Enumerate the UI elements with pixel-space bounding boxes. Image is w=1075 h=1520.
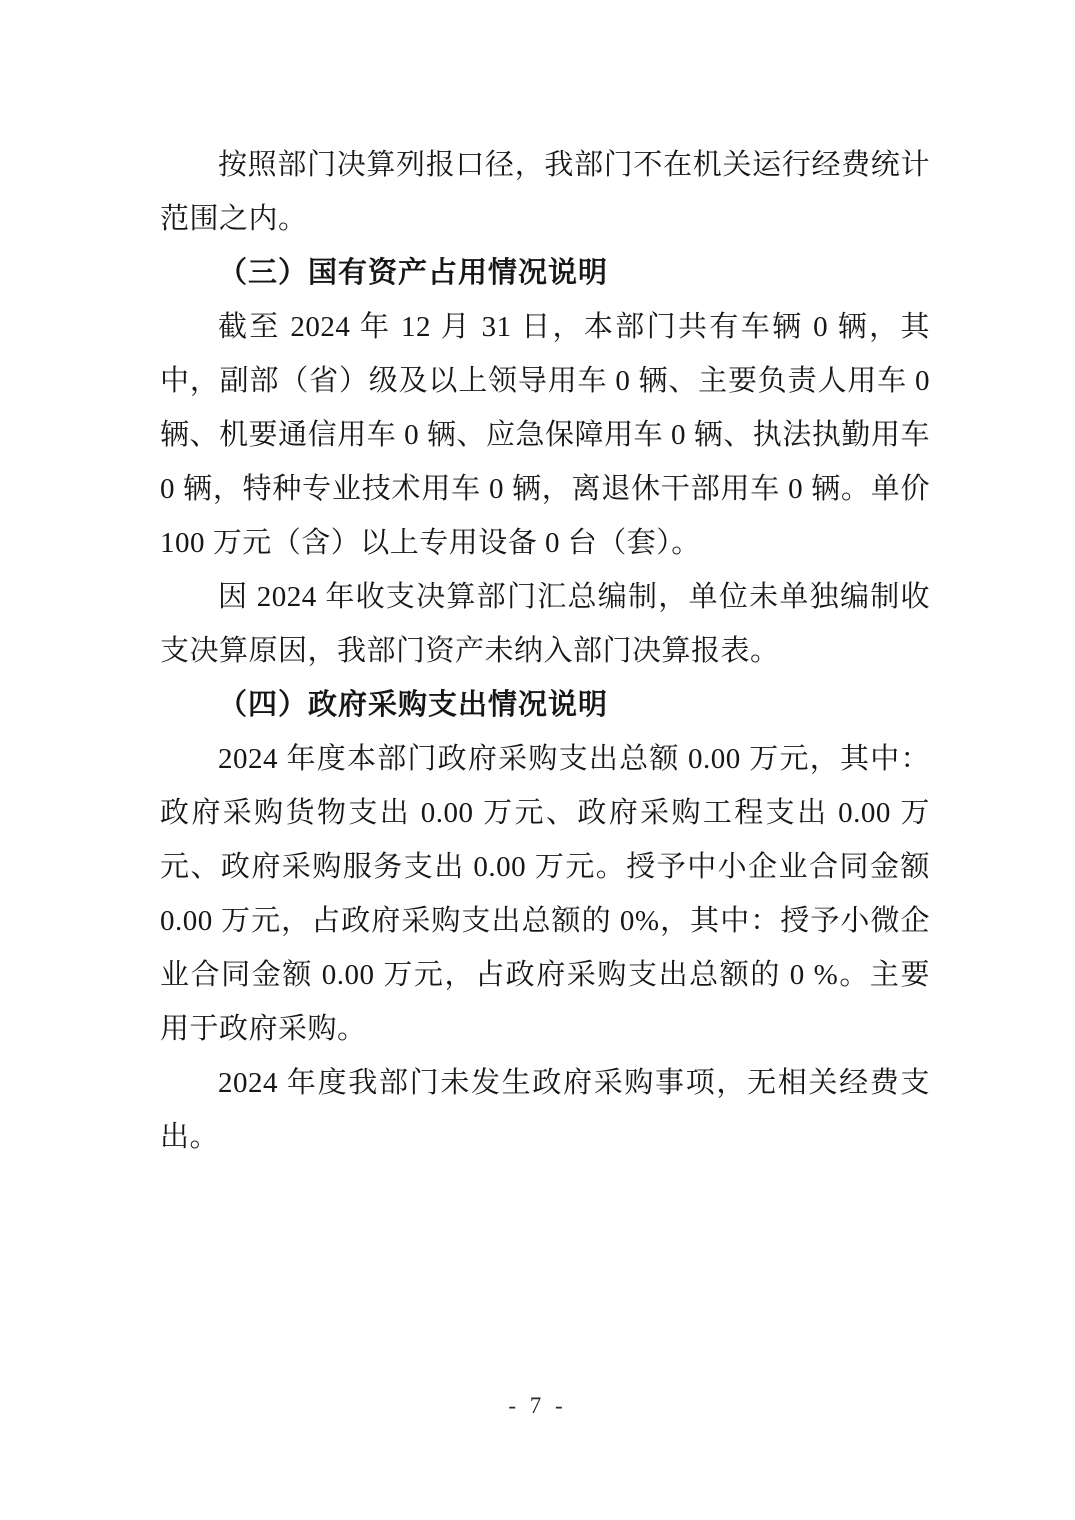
paragraph-assets-not-included: 因 2024 年收支决算部门汇总编制，单位未单独编制收支决算原因，我部门资产未纳… bbox=[160, 570, 930, 678]
paragraph-vehicle-assets: 截至 2024 年 12 月 31 日，本部门共有车辆 0 辆，其中，副部（省）… bbox=[160, 300, 930, 570]
page-number: - 7 - bbox=[0, 1393, 1075, 1419]
paragraph-org-expense-scope: 按照部门决算列报口径，我部门不在机关运行经费统计范围之内。 bbox=[160, 138, 930, 246]
document-page: 按照部门决算列报口径，我部门不在机关运行经费统计范围之内。 （三）国有资产占用情… bbox=[0, 0, 1075, 1520]
section-heading-gov-procurement: （四）政府采购支出情况说明 bbox=[160, 678, 930, 732]
paragraph-no-procurement: 2024 年度我部门未发生政府采购事项，无相关经费支出。 bbox=[160, 1056, 930, 1164]
document-body: 按照部门决算列报口径，我部门不在机关运行经费统计范围之内。 （三）国有资产占用情… bbox=[160, 138, 930, 1164]
section-heading-state-assets: （三）国有资产占用情况说明 bbox=[160, 246, 930, 300]
paragraph-procurement-amounts: 2024 年度本部门政府采购支出总额 0.00 万元，其中：政府采购货物支出 0… bbox=[160, 732, 930, 1056]
